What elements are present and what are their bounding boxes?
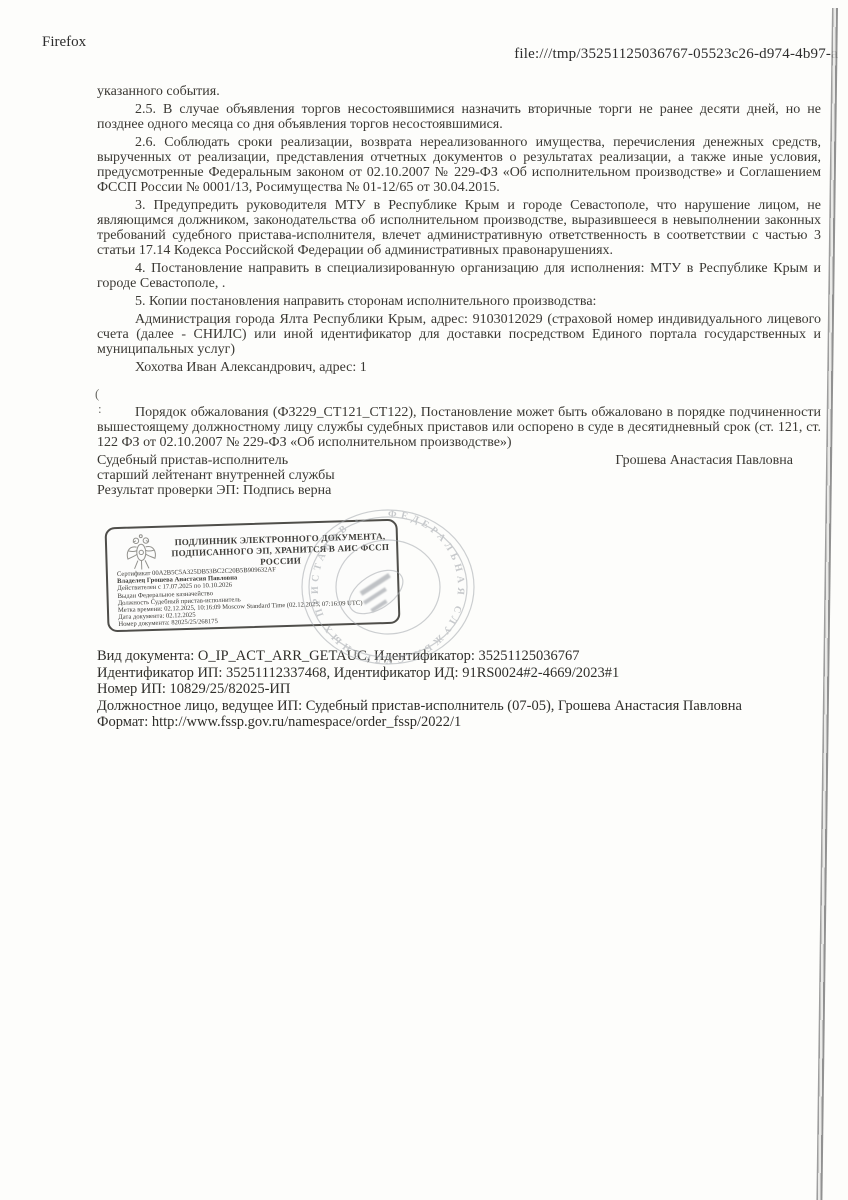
meta-line-ip-number: Номер ИП: 10829/25/82025-ИП: [97, 681, 742, 698]
signer-name: Грошева Анастасия Павловна: [615, 453, 793, 468]
coat-of-arms-eagle-icon: [123, 532, 160, 575]
meta-line-format: Формат: http://www.fssp.gov.ru/namespace…: [97, 714, 742, 731]
paragraph-5: 5. Копии постановления направить сторона…: [97, 294, 821, 309]
signer-role-title: Судебный пристав-исполнитель: [97, 453, 288, 468]
print-header-file-url: file:///tmp/35251125036767-05523c26-d974…: [514, 46, 838, 63]
document-body: указанного события. 2.5. В случае объявл…: [97, 84, 821, 498]
print-header-app-name: Firefox: [42, 34, 86, 51]
paragraph-recipient-administration: Администрация города Ялта Республики Кры…: [97, 312, 821, 357]
fssp-round-seal-icon: ФЕДЕРАЛЬНАЯ СЛУЖБА СУДЕБНЫХ ПРИСТАВОВ •: [296, 504, 486, 674]
esign-check-result: Результат проверки ЭП: Подпись верна: [97, 483, 821, 498]
signer-rank: старший лейтенант внутренней службы: [97, 468, 821, 483]
paragraph-appeal-procedure: Порядок обжалования (ФЗ229_СТ121_СТ122),…: [97, 405, 821, 450]
paragraph-2-5: 2.5. В случае объявления торгов несостоя…: [97, 102, 821, 132]
seal-ring-text: ФЕДЕРАЛЬНАЯ СЛУЖБА СУДЕБНЫХ ПРИСТАВОВ •: [310, 509, 466, 665]
paragraph-tail: указанного события.: [97, 84, 821, 99]
paragraph-recipient-person: Хохотва Иван Александрович, адрес: 1: [97, 360, 821, 375]
paragraph-4: 4. Постановление направить в специализир…: [97, 261, 821, 291]
signature-row: Судебный пристав-исполнитель Грошева Ана…: [97, 453, 821, 468]
paragraph-3: 3. Предупредить руководителя МТУ в Респу…: [97, 198, 821, 258]
margin-mark: (: [95, 386, 99, 402]
meta-line-official: Должностное лицо, ведущее ИП: Судебный п…: [97, 698, 742, 715]
svg-text:ФЕДЕРАЛЬНАЯ СЛУЖБА СУДЕБНЫХ ПР: ФЕДЕРАЛЬНАЯ СЛУЖБА СУДЕБНЫХ ПРИСТАВОВ •: [310, 509, 466, 665]
paragraph-2-6: 2.6. Соблюдать сроки реализации, возврат…: [97, 135, 821, 195]
margin-mark: :: [98, 401, 102, 417]
scanned-document-page: Firefox file:///tmp/35251125036767-05523…: [0, 0, 848, 1200]
